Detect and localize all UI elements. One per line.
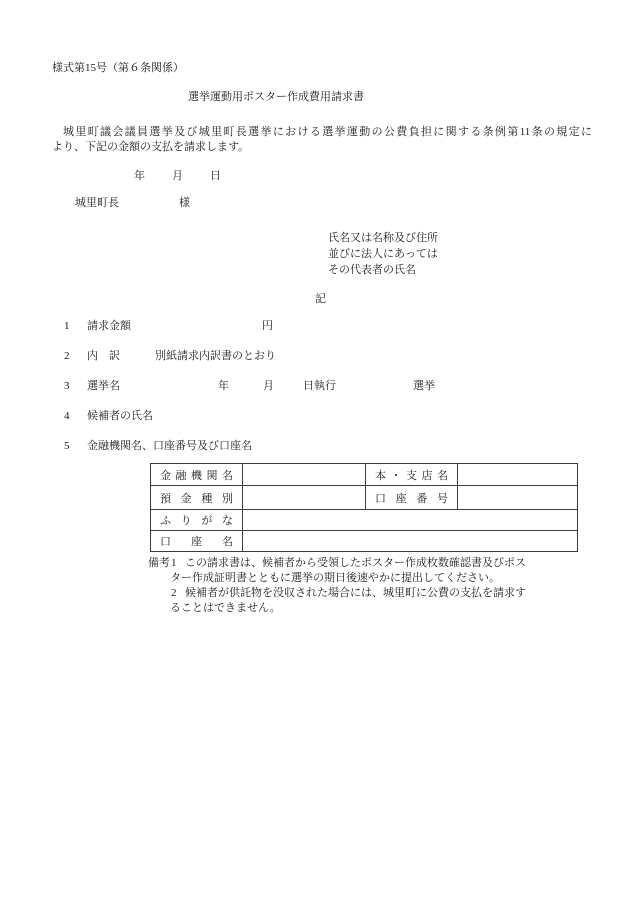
account-name-value <box>243 531 578 552</box>
date-month-label: 月 <box>172 169 183 184</box>
record-marker: 記 <box>315 292 326 307</box>
item-3-day-executed-label: 日執行 <box>303 379 336 394</box>
account-number-value <box>458 486 578 510</box>
remarks-note-2-line-2: ることはできません。 <box>170 601 281 616</box>
item-3-year-label: 年 <box>218 379 229 394</box>
date-day-label: 日 <box>210 169 221 184</box>
intro-line-1: 城里町議会議員選挙及び城里町長選挙における選挙運動の公費負担に関する条例第11条… <box>52 125 592 140</box>
table-row: 預 金 種 別 口 座 番 号 <box>151 486 578 510</box>
item-3-month-label: 月 <box>263 379 274 394</box>
bank-account-table: 金 融 機 関 名 本 ・ 支 店 名 預 金 種 別 口 座 番 号 ふ り … <box>150 463 578 552</box>
account-name-label: 口 座 名 <box>151 531 243 552</box>
account-number-label: 口 座 番 号 <box>366 486 458 510</box>
date-year-label: 年 <box>134 169 145 184</box>
item-1-label: 請求金額 <box>87 319 131 334</box>
remarks-note-2-line-1: 候補者が供託物を没収された場合には、城里町に公費の支払を請求す <box>185 586 526 601</box>
bank-name-value <box>243 464 366 486</box>
furigana-value <box>243 510 578 531</box>
item-3-label: 選挙名 <box>87 379 120 394</box>
branch-name-label: 本 ・ 支 店 名 <box>366 464 458 486</box>
sender-block-line-1: 氏名又は名称及び住所 <box>328 231 438 246</box>
branch-name-value <box>458 464 578 486</box>
document-page: 様式第15号（第６条関係） 選挙運動用ポスター作成費用請求書 城里町議会議員選挙… <box>0 0 630 903</box>
addressee-name: 城里町長 <box>75 196 119 211</box>
item-4-number: 4 <box>64 409 70 424</box>
item-1-unit: 円 <box>262 319 273 334</box>
item-2-number: 2 <box>64 349 70 364</box>
table-row: ふ り が な <box>151 510 578 531</box>
bank-name-label: 金 融 機 関 名 <box>151 464 243 486</box>
item-2-detail: 別紙請求内訳書のとおり <box>155 349 276 364</box>
item-3-election-label: 選挙 <box>413 379 435 394</box>
intro-line-2: より、下記の金額の支払を請求します。 <box>52 140 249 155</box>
item-2-label: 内 訳 <box>87 349 120 364</box>
remarks-label: 備考 <box>148 556 170 571</box>
item-4-label: 候補者の氏名 <box>87 409 153 424</box>
document-title: 選挙運動用ポスター作成費用請求書 <box>188 90 364 105</box>
remarks-note-2-number: 2 <box>171 586 177 601</box>
sender-block-line-3: その代表者の氏名 <box>328 263 416 278</box>
item-1-number: 1 <box>64 319 70 334</box>
item-3-number: 3 <box>64 379 70 394</box>
table-row: 金 融 機 関 名 本 ・ 支 店 名 <box>151 464 578 486</box>
sender-block-line-2: 並びに法人にあっては <box>328 247 438 262</box>
addressee-honorific: 様 <box>179 196 190 211</box>
item-5-number: 5 <box>64 439 70 454</box>
remarks-note-1-line-1: この請求書は、候補者から受領したポスター作成枚数確認書及びポス <box>185 556 526 571</box>
furigana-label: ふ り が な <box>151 510 243 531</box>
deposit-type-value <box>243 486 366 510</box>
deposit-type-label: 預 金 種 別 <box>151 486 243 510</box>
form-number: 様式第15号（第６条関係） <box>52 61 184 76</box>
table-row: 口 座 名 <box>151 531 578 552</box>
item-5-label: 金融機関名、口座番号及び口座名 <box>87 439 252 454</box>
remarks-note-1-line-2: ター作成証明書とともに選挙の期日後速やかに提出してください。 <box>170 571 500 586</box>
remarks-note-1-number: 1 <box>171 556 177 571</box>
